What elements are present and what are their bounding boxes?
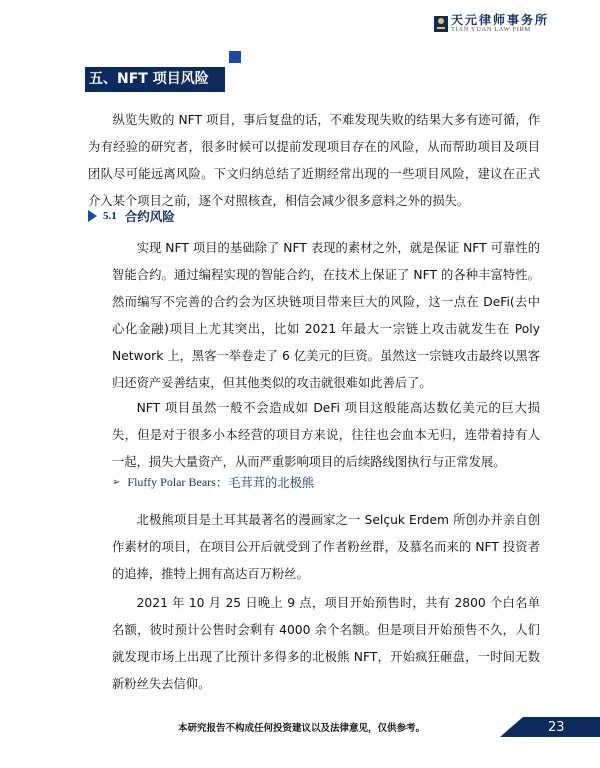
contract-risk-paragraph-1: 实现 NFT 项目的基础除了 NFT 表现的素材之外，就是保证 NFT 可靠性的… [112,235,540,397]
case-paragraph-1: 北极熊项目是土耳其最著名的漫画家之一 Selçuk Erdem 所创办并亲自创作… [112,507,540,588]
page-number: 23 [548,718,565,738]
case-heading: ➢ Fluffy Polar Bears ： 毛茸茸的北极熊 [112,473,314,491]
subsection-number: 5.1 [103,210,117,222]
case-paragraph-2: 2021 年 10 月 25 日晚上 9 点，项目开始预售时，共有 2800 个… [112,590,540,698]
firm-logo: 天元律师事务所 TIAN YUAN LAW FIRM [434,14,549,34]
subsection-title: 合约风险 [125,207,175,225]
footer-disclaimer: 本研究报告不构成任何投资建议以及法律意见，仅供参考。 [178,720,425,734]
logo-chinese-name: 天元律师事务所 [451,14,549,26]
arrow-bullet-icon: ➢ [112,477,120,488]
case-name-en: Fluffy Polar Bears [127,475,215,490]
intro-paragraph: 纵览失败的 NFT 项目，事后复盘的话，不难发现失败的结果大多有迹可循，作为有经… [88,107,540,215]
section-title: 五、NFT 项目风险 [85,67,225,92]
case-separator: ： [216,473,228,491]
case-name-cn: 毛茸茸的北极熊 [228,473,314,491]
logo-english-name: TIAN YUAN LAW FIRM [451,27,549,34]
logo-emblem-icon [434,16,448,32]
subsection-heading: 5.1 合约风险 [88,207,175,225]
contract-risk-paragraph-2: NFT 项目虽然一般不会造成如 DeFi 项目这般能高达数亿美元的巨大损失，但是… [112,395,540,476]
decorative-square [229,51,241,63]
triangle-marker-icon [88,210,97,222]
